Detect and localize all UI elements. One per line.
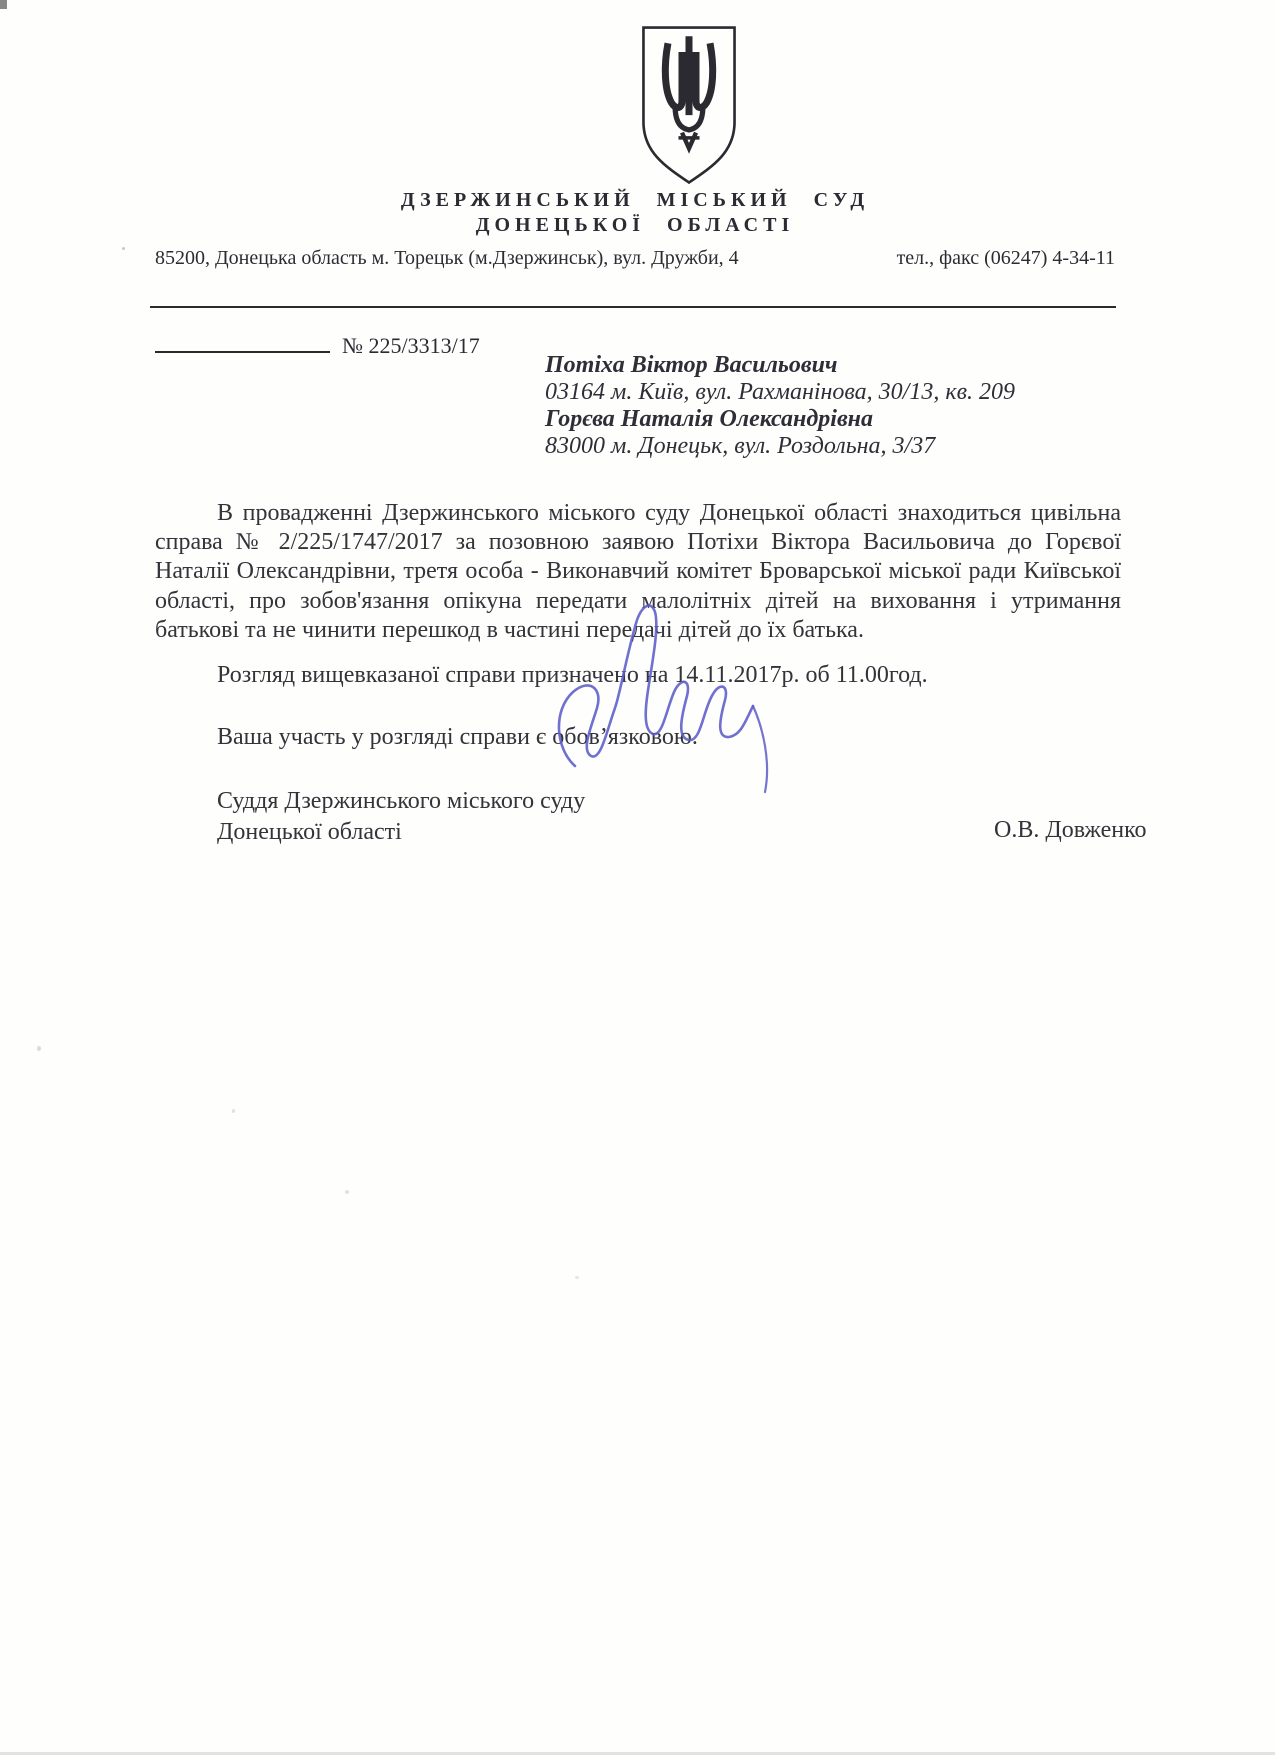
- scan-speck: [37, 1046, 41, 1051]
- court-name: ДЗЕРЖИНСЬКИЙ МІСЬКИЙ СУД ДОНЕЦЬКОЇ ОБЛАС…: [155, 188, 1115, 238]
- header-divider: [150, 306, 1116, 308]
- recipient-address: 83000 м. Донецьк, вул. Роздольна, 3/37: [545, 433, 1105, 460]
- body-paragraph-mandatory-attendance: Ваша участь у розгляді справи є обов’язк…: [155, 723, 1121, 752]
- judge-name: О.В. Довженко: [994, 817, 1147, 844]
- judge-title-line1: Суддя Дзержинського міського суду: [217, 786, 585, 817]
- scan-speck: [0, 0, 7, 9]
- body-paragraph-hearing-date: Розгляд вищевказаної справи призначено н…: [155, 661, 1121, 690]
- judge-title-line2: Донецької області: [217, 817, 585, 848]
- recipient-name: Потіха Віктор Васильович: [545, 352, 1105, 379]
- recipient-name: Горєва Наталія Олександрівна: [545, 406, 1105, 433]
- court-name-line2: ДОНЕЦЬКОЇ ОБЛАСТІ: [155, 213, 1115, 238]
- court-name-line1: ДЗЕРЖИНСЬКИЙ МІСЬКИЙ СУД: [155, 188, 1115, 213]
- court-phone-fax: тел., факс (06247) 4-34-11: [897, 247, 1115, 270]
- case-reference-number: № 225/3313/17: [342, 333, 480, 358]
- court-address: 85200, Донецька область м. Торецьк (м.Дз…: [155, 247, 739, 270]
- scan-speck: [122, 247, 125, 250]
- recipients-block: Потіха Віктор Васильович 03164 м. Київ, …: [545, 352, 1105, 460]
- scan-speck: [345, 1190, 349, 1194]
- scan-speck: [232, 1109, 235, 1113]
- reference-blank-line: [155, 328, 330, 353]
- judge-title-block: Суддя Дзержинського міського суду Донець…: [217, 786, 585, 848]
- document-page: ДЗЕРЖИНСЬКИЙ МІСЬКИЙ СУД ДОНЕЦЬКОЇ ОБЛАС…: [0, 0, 1275, 1755]
- scan-speck: [575, 1276, 579, 1279]
- recipient-address: 03164 м. Київ, вул. Рахманінова, 30/13, …: [545, 379, 1105, 406]
- ukraine-trident-shield-icon: [633, 24, 745, 186]
- reference-row: № 225/3313/17: [155, 328, 480, 359]
- body-paragraph-case-info: В провадженні Дзержинського міського суд…: [155, 499, 1121, 645]
- court-address-row: 85200, Донецька область м. Торецьк (м.Дз…: [155, 247, 1115, 270]
